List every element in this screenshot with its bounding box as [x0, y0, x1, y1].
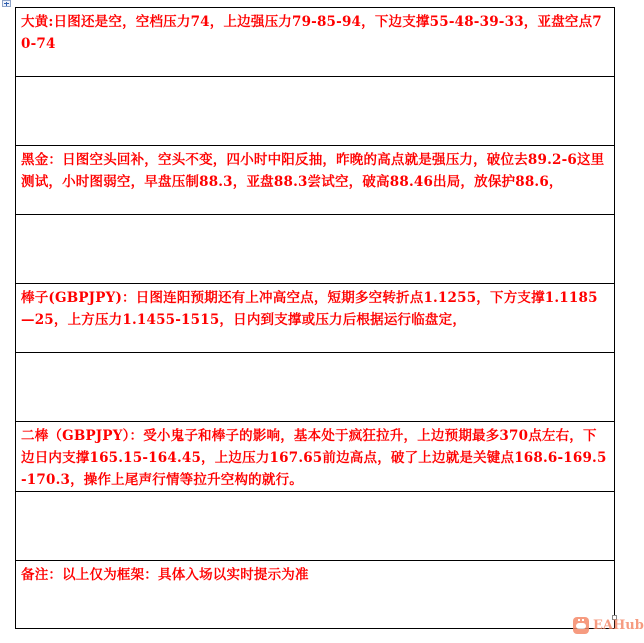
- table-row: [16, 215, 615, 284]
- table-cell-heijin[interactable]: 黑金：日图空头回补，空头不变，四小时中阳反抽，昨晚的高点就是强压力，破位去89.…: [16, 146, 615, 215]
- watermark: EAHub: [573, 617, 644, 634]
- table-cell-erbang[interactable]: 二棒（GBPJPY）：受小鬼子和棒子的影响，基本处于疯狂拉升，上边预期最多370…: [16, 422, 615, 492]
- analysis-table: 大黄:日图还是空，空档压力74，上边强压力79-85-94，下边支撑55-48-…: [15, 7, 615, 629]
- table-cell-bangzi[interactable]: 棒子(GBPJPY)：日图连阳预期还有上冲高空点，短期多空转折点1.1255，下…: [16, 284, 615, 353]
- table-row: 大黄:日图还是空，空档压力74，上边强压力79-85-94，下边支撑55-48-…: [16, 8, 615, 77]
- table-row: [16, 353, 615, 422]
- table-row: 备注：以上仅为框架：具体入场以实时提示为准: [16, 561, 615, 629]
- table-cell-empty[interactable]: [16, 353, 615, 422]
- table-row: [16, 492, 615, 561]
- table-cell-empty[interactable]: [16, 77, 615, 146]
- table-cell-note[interactable]: 备注：以上仅为框架：具体入场以实时提示为准: [16, 561, 615, 629]
- table-row: [16, 77, 615, 146]
- table-cell-dahuang[interactable]: 大黄:日图还是空，空档压力74，上边强压力79-85-94，下边支撑55-48-…: [16, 8, 615, 77]
- watermark-label: EAHub: [593, 618, 644, 633]
- table-cell-empty[interactable]: [16, 492, 615, 561]
- table-row: 二棒（GBPJPY）：受小鬼子和棒子的影响，基本处于疯狂拉升，上边预期最多370…: [16, 422, 615, 492]
- pig-logo-icon: [573, 617, 589, 634]
- table-move-handle-icon[interactable]: [2, 0, 11, 7]
- table-row: 黑金：日图空头回补，空头不变，四小时中阳反抽，昨晚的高点就是强压力，破位去89.…: [16, 146, 615, 215]
- table-cell-empty[interactable]: [16, 215, 615, 284]
- table-row: 棒子(GBPJPY)：日图连阳预期还有上冲高空点，短期多空转折点1.1255，下…: [16, 284, 615, 353]
